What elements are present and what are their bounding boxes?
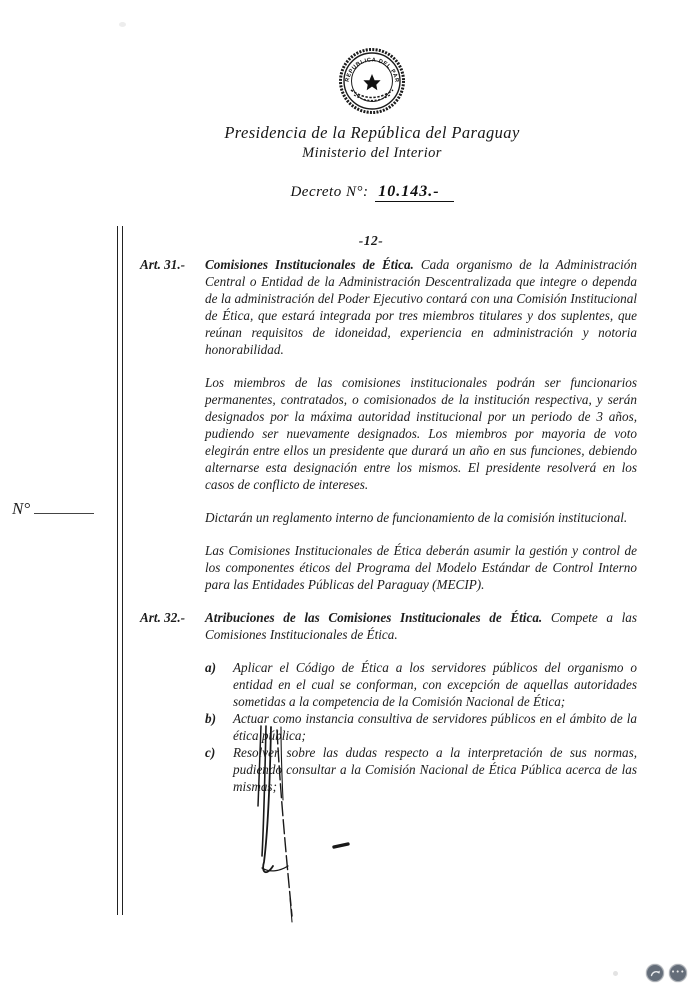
decree-label: Decreto N°: [290,184,368,200]
article-32: Art. 32.- Atribuciones de las Comisiones… [140,609,637,795]
back-button[interactable] [646,964,664,982]
org-subtitle: Ministerio del Interior [22,145,700,162]
viewer-overlay-controls: ••• [613,964,687,982]
margin-blank-line [34,499,94,514]
article-32-intro: Atribuciones de las Comisiones Instituci… [205,609,637,643]
article-31: Art. 31.- Comisiones Institucionales de … [140,256,637,593]
list-item-c: c)Resolver sobre las dudas respecto a la… [205,744,637,795]
more-button[interactable]: ••• [669,964,687,982]
letterhead: REPUBLICA DEL PARAGUAY Presidencia de la… [22,0,700,201]
paraguay-seal-icon: REPUBLICA DEL PARAGUAY [337,46,407,116]
list-item-a: a)Aplicar el Código de Ética a los servi… [205,659,637,710]
margin-number-note: N° [12,499,94,519]
article-31-paragraph-3: Dictarán un reglamento interno de funcio… [205,509,637,526]
article-31-paragraph-2: Los miembros de las comisiones instituci… [205,374,637,493]
curved-arrow-icon [650,969,661,978]
margin-n-label: N° [12,499,30,518]
page-number: -12- [140,233,602,249]
faint-dot [613,971,618,976]
decree-number: 10.143.- [375,183,453,202]
decree-body: Art. 31.- Comisiones Institucionales de … [140,256,637,795]
article-32-label: Art. 32.- [140,609,205,795]
article-31-label: Art. 31.- [140,256,205,593]
seal-star-icon [363,74,380,90]
decree-line: Decreto N°: 10.143.- [22,183,700,201]
article-31-paragraph-4: Las Comisiones Institucionales de Ética … [205,542,637,593]
ellipsis-icon: ••• [671,969,685,976]
article-31-paragraph-1: Comisiones Institucionales de Ética. Cad… [205,256,637,358]
org-title: Presidencia de la República del Paraguay [22,123,700,143]
list-item-b: b)Actuar como instancia consultiva de se… [205,710,637,744]
article-32-item-list: a)Aplicar el Código de Ética a los servi… [205,659,637,795]
left-margin-rule [117,226,123,915]
document-page: REPUBLICA DEL PARAGUAY Presidencia de la… [0,0,700,991]
